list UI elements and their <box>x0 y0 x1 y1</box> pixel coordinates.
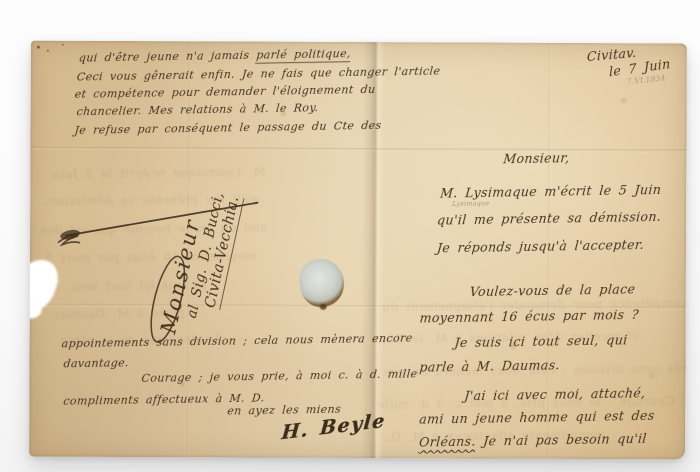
underlined-words: parlé politique, <box>256 47 352 64</box>
handwriting-line: qu'il me présente sa démission. <box>436 209 661 228</box>
horizontal-crease <box>30 147 686 153</box>
handwriting-line: Je refuse par conséquent le passage du C… <box>74 119 382 137</box>
foxing-spot <box>281 112 286 116</box>
paper-speck <box>37 46 40 49</box>
underlined-words: Orléans. <box>419 434 477 450</box>
handwriting-line: J'ai ici avec moi, attaché, <box>464 385 647 403</box>
salutation: Monsieur, <box>503 150 571 166</box>
handwriting-line: Orléans. Je n'ai pas besoin qu'il <box>419 431 648 450</box>
handwriting-line: en ayez les miens <box>227 403 342 418</box>
paper-speck <box>62 44 64 46</box>
paper-speck <box>47 50 49 52</box>
handwriting-line: Je réponds jusqu'à l'accepter. <box>436 237 645 255</box>
handwriting-line: ami un jeune homme qui est des <box>419 408 656 427</box>
handwriting-line: M. Lysimaque m'écrit le 5 Juin <box>440 182 662 201</box>
wax-seal-speck <box>320 304 327 310</box>
ink-showthrough: Je refuse par conséquent le passage du C… <box>378 459 686 460</box>
letter-sheet: M. Lysimaque m'écrit le 5 Juin qu'il me … <box>29 41 687 460</box>
wax-seal-remnant <box>297 256 347 309</box>
handwriting-line: davantage. <box>63 356 130 370</box>
pencil-word-annotation: Lysimaque <box>452 199 490 208</box>
handwriting-line: et compétence pour demander l'éloignemen… <box>74 83 376 101</box>
foxing-spot <box>621 98 627 103</box>
photo-background: M. Lysimaque m'écrit le 5 Juin qu'il me … <box>0 0 700 472</box>
handwriting-text: qui d'être jeune n'a jamais <box>78 49 257 65</box>
foxing-spot <box>649 373 655 378</box>
handwriting-line: parle à M. Daumas. <box>419 357 561 374</box>
handwriting-line: moyennant 16 écus par mois ? <box>419 307 640 326</box>
handwriting-line: chancelier. Mes relations à M. le Roy. <box>76 101 319 118</box>
foxing-spot <box>510 343 517 349</box>
foxing-spot <box>179 381 184 386</box>
handwriting-text: Je n'ai pas besoin qu'il <box>475 431 647 449</box>
center-fold-crease <box>361 42 389 458</box>
handwriting-line: Voulez-vous de la place <box>469 281 636 299</box>
handwriting-line: qui d'être jeune n'a jamais parlé politi… <box>78 47 351 65</box>
paper-tear <box>29 303 42 319</box>
handwriting-line: Je suis ici tout seul, qui <box>454 332 628 350</box>
